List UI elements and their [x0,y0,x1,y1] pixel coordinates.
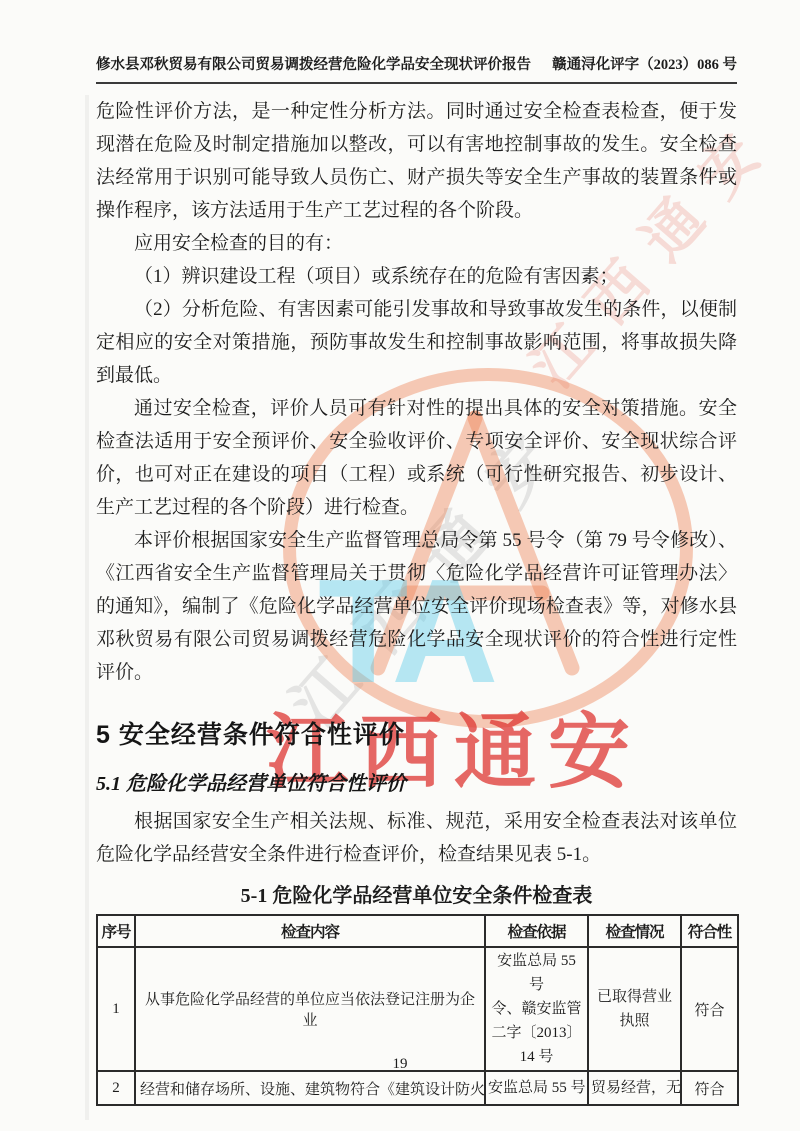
check-table: 序号 检查内容 检查依据 检查情况 符合性 1 从事危险化学品经营的单位应当依法… [96,914,739,1106]
paragraph: （1）辨识建设工程（项目）或系统存在的危险有害因素； [96,260,737,293]
paragraph: 危险性评价方法，是一种定性分析方法。同时通过安全检查表检查，便于发现潜在危险及时… [96,95,737,227]
cell-content: 经营和储存场所、设施、建筑物符合《建筑设计防火规 [135,1071,485,1105]
running-header: 修水县邓秋贸易有限公司贸易调拨经营危险化学品安全现状评价报告 赣通浔化评字（20… [96,0,737,84]
cell-no: 1 [97,947,135,1071]
paragraph: 本评价根据国家安全生产监督管理总局令第 55 号令（第 79 号令修改）、《江西… [96,524,737,689]
document-page: 江西通安 江西通安 TA 江西通安 修水县邓秋贸易有限公司贸易调拨经营危险化学品… [0,0,800,1131]
page-content: 修水县邓秋贸易有限公司贸易调拨经营危险化学品安全现状评价报告 赣通浔化评字（20… [96,0,737,1106]
subsection-heading: 5.1 危险化学品经营单位符合性评价 [96,767,737,796]
col-header-basis: 检查依据 [485,915,588,947]
col-header-conformity: 符合性 [681,915,738,947]
table-row: 2 经营和储存场所、设施、建筑物符合《建筑设计防火规 安监总局 55 号 贸易经… [97,1071,738,1105]
body-text: 危险性评价方法，是一种定性分析方法。同时通过安全检查表检查，便于发现潜在危险及时… [96,95,737,689]
paragraph: 通过安全检查，评价人员可有针对性的提出具体的安全对策措施。安全检查法适用于安全预… [96,392,737,524]
table-title: 5-1 危险化学品经营单位安全条件检查表 [96,879,737,908]
section-intro-paragraph: 根据国家安全生产相关法规、标准、规范，采用安全检查表法对该单位危险化学品经营安全… [96,805,737,871]
cell-conformity: 符合 [681,1071,738,1105]
table-row: 1 从事危险化学品经营的单位应当依法登记注册为企业 安监总局 55 号 令、赣安… [97,947,738,1071]
col-header-no: 序号 [97,915,135,947]
cell-situation: 已取得营业执照 [588,947,681,1071]
cell-no: 2 [97,1071,135,1105]
col-header-situation: 检查情况 [588,915,681,947]
cell-situation: 贸易经营，无储 [588,1071,681,1105]
cell-conformity: 符合 [681,947,738,1071]
paragraph: （2）分析危险、有害因素可能引发事故和导致事故发生的条件，以便制定相应的安全对策… [96,293,737,392]
cell-basis: 安监总局 55 号 [485,1071,588,1105]
cell-basis: 安监总局 55 号 令、赣安监管 二字〔2013〕 14 号 [485,947,588,1071]
page-number: 19 [0,1056,800,1073]
table-header-row: 序号 检查内容 检查依据 检查情况 符合性 [97,915,738,947]
header-doc-number: 赣通浔化评字（2023）086 号 [552,57,737,74]
cell-content: 从事危险化学品经营的单位应当依法登记注册为企业 [135,947,485,1071]
section-heading: 5 安全经营条件符合性评价 [96,715,737,751]
header-report-title: 修水县邓秋贸易有限公司贸易调拨经营危险化学品安全现状评价报告 [96,57,531,74]
scan-edge-artifact [85,95,89,1120]
col-header-content: 检查内容 [135,915,485,947]
paragraph: 应用安全检查的目的有： [96,227,737,260]
